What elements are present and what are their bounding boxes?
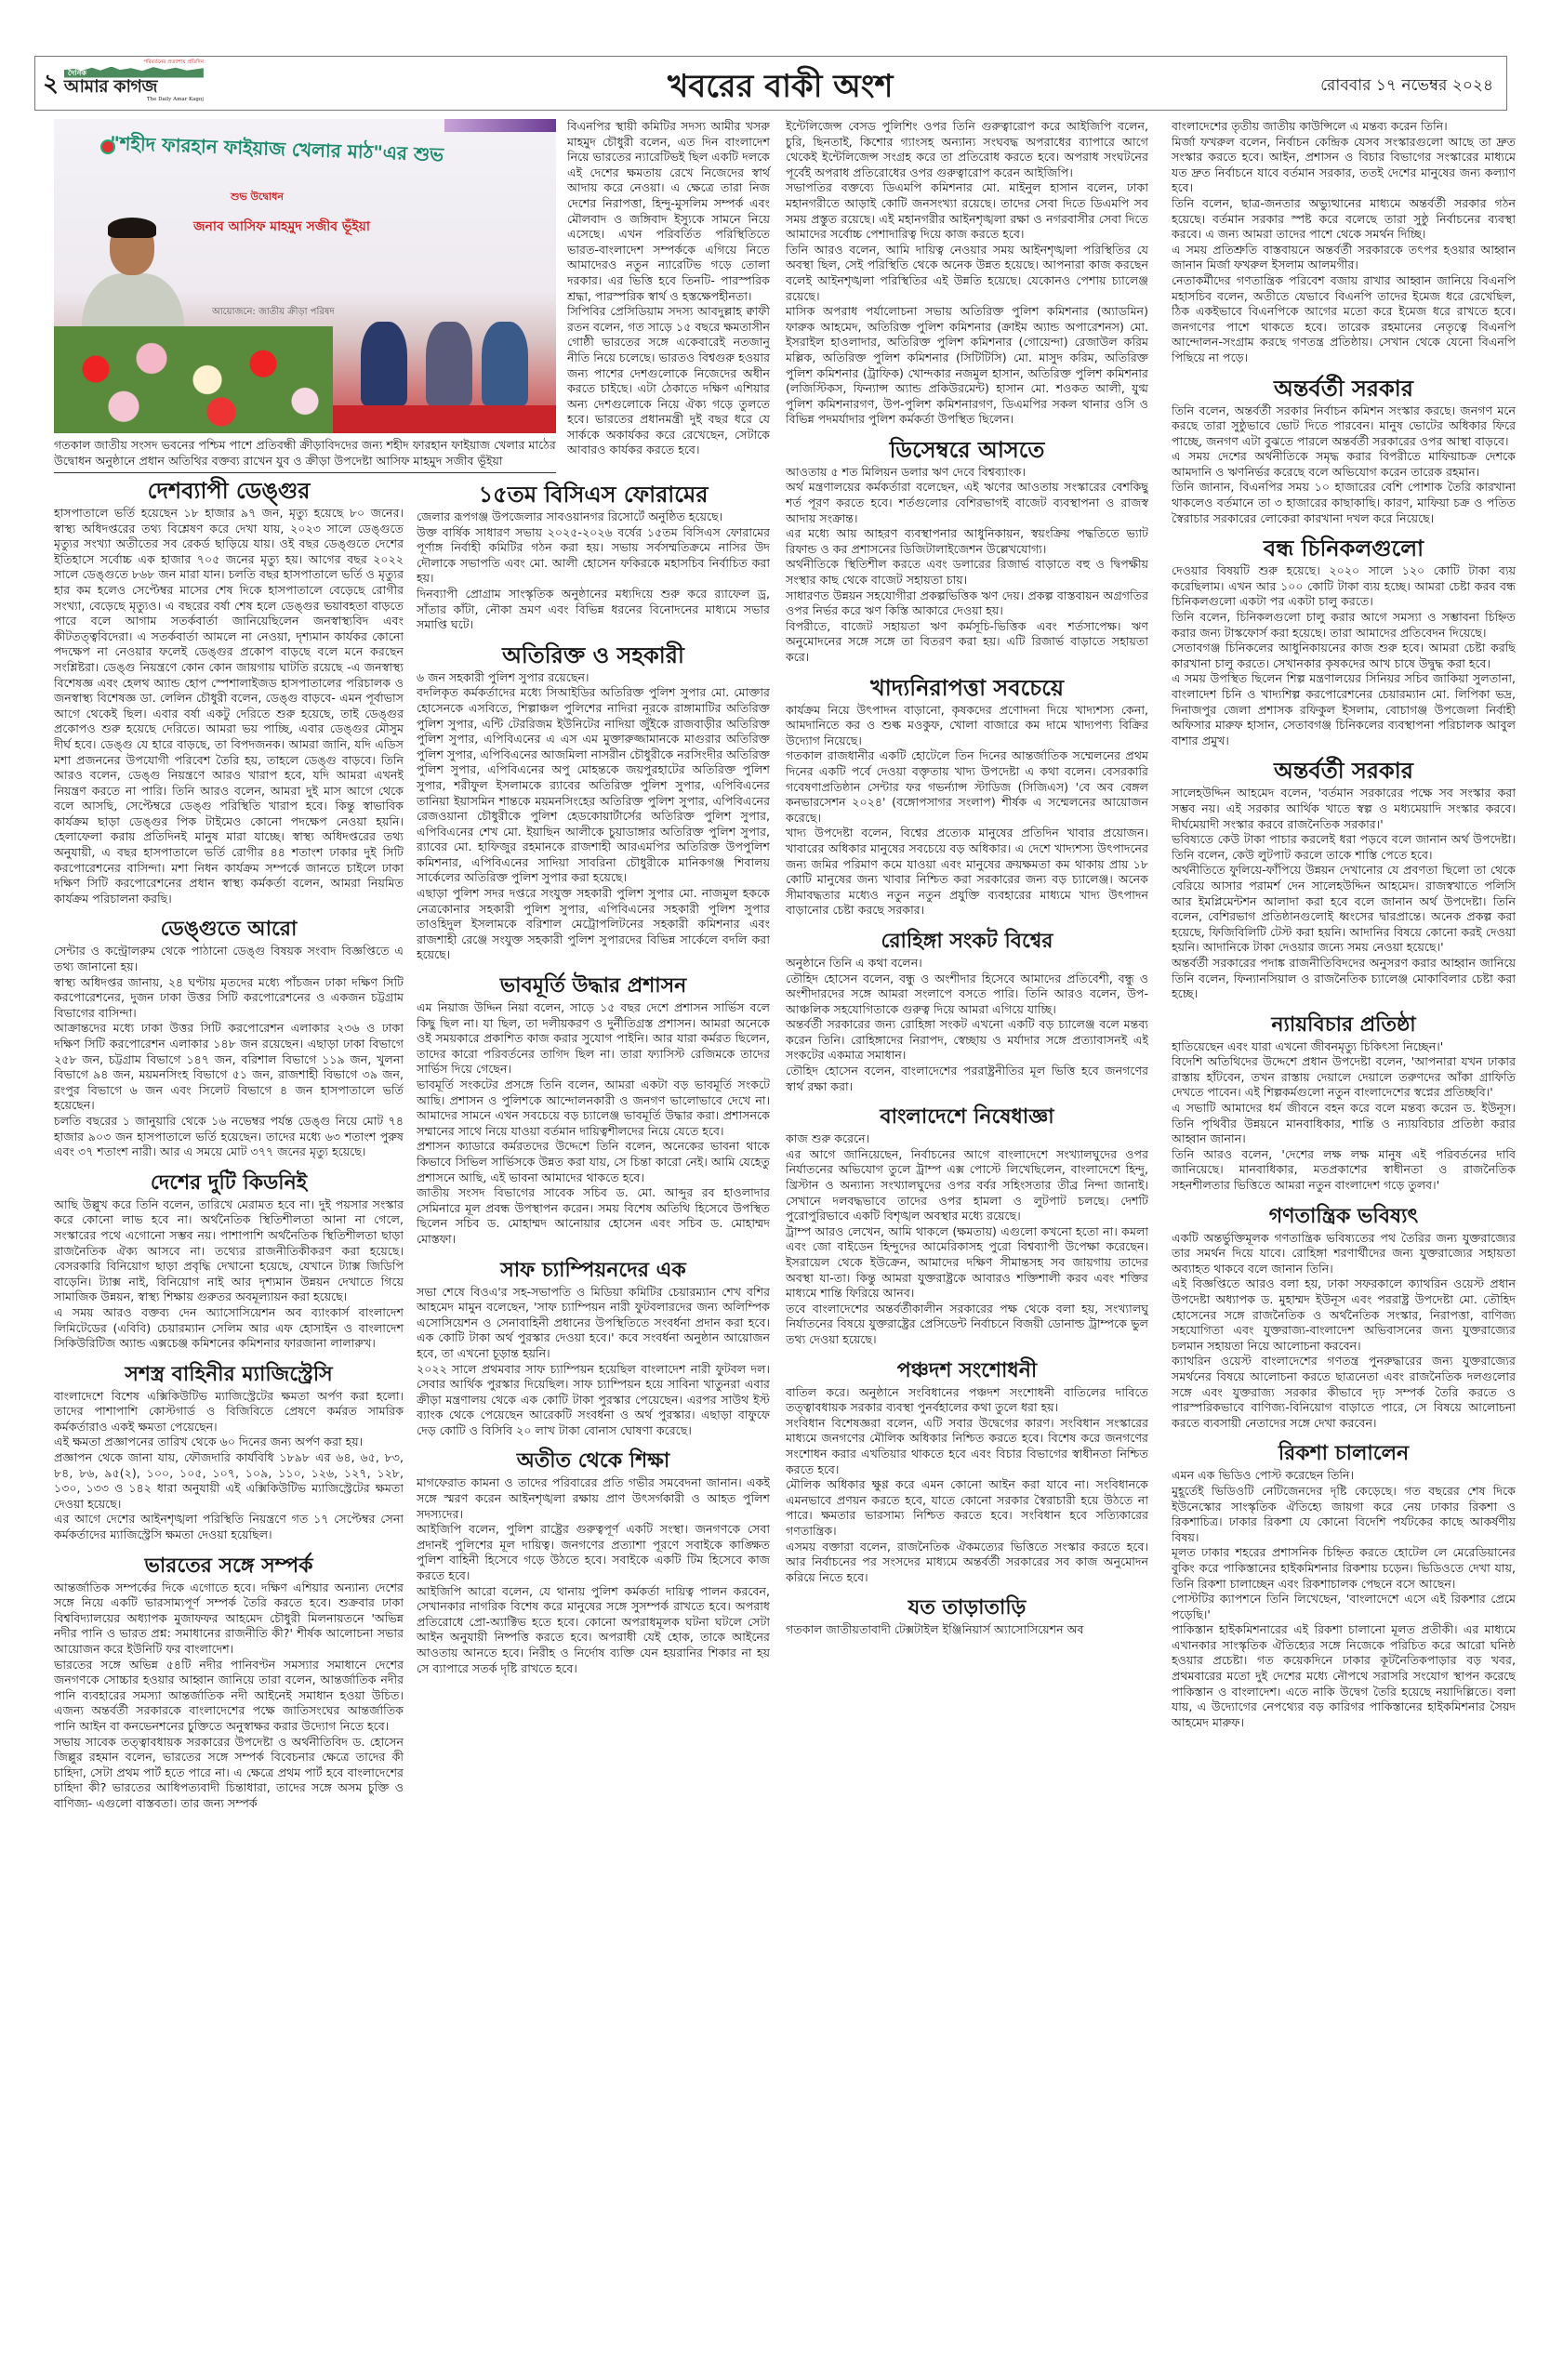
article-rickshaw: রিকশা চালালেন এমন এক ভিডিও পোস্ট করেছেন …: [1172, 1440, 1516, 1730]
column-2: ১৫তম বিসিএস ফোরামের জেলার রূপগঞ্জ উপজেলা…: [417, 472, 770, 2369]
paragraph: আছি উল্লুখ করে তিনি বলেন, তারিখে মেরামত …: [54, 1197, 404, 1305]
paragraph: কার্যক্রম নিয়ে উৎপাদন বাড়ানো, কৃষকদের …: [786, 703, 1148, 749]
article-how-soon: যত তাড়াতাড়ি গতকাল জাতীয়তাবাদী টেক্সটা…: [786, 1594, 1148, 1638]
article-interim-govt-1: অন্তর্বর্তী সরকার তিনি বলেন, অন্তর্বর্তী…: [1172, 376, 1516, 527]
article-ban-bangladesh: বাংলাদেশে নিষেধাজ্ঞা কাজ শুরু করেনে। এর …: [786, 1104, 1148, 1347]
article-two-kidneys: দেশের দুটি কিডনিই আছি উল্লুখ করে তিনি বল…: [54, 1170, 404, 1352]
headline[interactable]: পঞ্চদশ সংশোধনী: [786, 1357, 1148, 1383]
paragraph: সেতাবগঞ্জ চিনিকলের আধুনিকায়নের কাজ শুরু…: [1172, 641, 1516, 671]
paragraph: খাদ্য উপদেষ্টা বলেন, বিশ্বের প্রত্যেক মা…: [786, 826, 1148, 919]
logo-tagline: পরিবর্তনের প্রত্যাশায় প্রতিদিন: [143, 59, 204, 67]
paragraph: মাসিক অপরাধ পর্যালোচনা সভায় অতিরিক্ত পু…: [786, 304, 1148, 428]
paragraph: অনুষ্ঠানে তিনি এ কথা বলেন।: [786, 956, 1148, 972]
paragraph: এমন এক ভিডিও পোস্ট করেছেন তিনি।: [1172, 1468, 1516, 1484]
paragraph: আইজিপি বলেন, পুলিশ রাষ্ট্রের গুরুত্বপূর্…: [417, 1522, 770, 1583]
article-india-narrative: বিএনপির স্থায়ী কমিটির সদস্য আমীর খসরু ম…: [567, 119, 770, 458]
article-additional-assistant: অতিরিক্ত ও সহকারী ৬ জন সহকারী পুলিশ সুপা…: [417, 642, 770, 963]
paragraph: চলতি বছরের ১ জানুয়ারি থেকে ১৬ নভেম্বর প…: [54, 1114, 404, 1160]
paragraph: মুহূর্তেই ভিডিওটি নেটিজেনদের দৃষ্টি কেড়…: [1172, 1484, 1516, 1545]
paragraph: ২০২২ সালে প্রথমবার সাফ চ্যাম্পিয়ন হয়েছ…: [417, 1362, 770, 1439]
masthead: ২ দৈনিক পরিবর্তনের প্রত্যাশায় প্রতিদিন …: [34, 56, 1507, 111]
paragraph: মির্জা ফখরুল বলেন, নির্বাচন কেন্দ্রিক যে…: [1172, 135, 1516, 196]
paragraph: হাসপাতালে ভর্তি হয়েছেন ১৮ হাজার ৯৭ জন, …: [54, 506, 404, 906]
paragraph: ভাবমূর্তি সংকটের প্রসঙ্গে তিনি বলেন, আমর…: [417, 1078, 770, 1139]
headline[interactable]: ভারতের সঙ্গে সম্পর্ক: [54, 1553, 404, 1579]
headline[interactable]: বন্ধ চিনিকলগুলো: [1172, 535, 1516, 562]
paragraph: এ সময় দেশের অর্থনীতিকে সমৃদ্ধ করার বিপর…: [1172, 449, 1516, 480]
paragraph: এসময় বক্তারা বলেন, রাজনৈতিক ঐকমত্যের ভি…: [786, 1540, 1148, 1586]
paragraph: প্রজ্ঞাপন থেকে জানা যায়, ফৌজদারি কার্যব…: [54, 1450, 404, 1512]
paragraph: সেন্টার ও কন্ট্রোলরুম থেকে পাঠানো ডেঙ্গু…: [54, 944, 404, 974]
logo-name: আমার কাগজ: [64, 78, 157, 96]
paragraph: সভা শেষে বিওএ'র সহ-সভাপতি ও মিডিয়া কমিট…: [417, 1285, 770, 1362]
paragraph: তিনি জানান, বিএনপির সময় ১০ হাজারের বেশি…: [1172, 480, 1516, 526]
article-food-security: খাদ্যনিরাপত্তা সবচেয়ে কার্যক্রম নিয়ে উ…: [786, 675, 1148, 919]
headline[interactable]: রোহিঙ্গা সংকট বিশ্বের: [786, 928, 1148, 954]
paragraph: মাগফেরাত কামনা ও তাদের পরিবারের প্রতি গভ…: [417, 1475, 770, 1522]
paragraph: আন্তর্জাতিক সম্পর্কের দিকে এগোতে হবে। দক…: [54, 1580, 404, 1658]
headline[interactable]: সাফ চ্যাম্পিয়নদের এক: [417, 1257, 770, 1283]
paragraph: তিনি বলেন, চিনিকলগুলো চালু করার আগে সমস্…: [1172, 610, 1516, 641]
seated-guest: [482, 322, 528, 405]
banner-decoration: [444, 119, 556, 132]
paragraph: এই ক্ষমতা প্রজ্ঞাপনের তারিখ থেকে ৬০ দিনে…: [54, 1435, 404, 1450]
paragraph: তিনি আরও বলেন, আমি দায়িত্ব নেওয়ার সময়…: [786, 243, 1148, 304]
paragraph: ভবিষ্যতে কেউ টাকা পাচার করলেই ধরা পড়বে …: [1172, 832, 1516, 863]
paragraph: গতকাল রাজধানীর একটি হোটেলে তিন দিনের আন্…: [786, 748, 1148, 826]
paragraph: আওতায় ৫ শত মিলিয়ন ডলার ঋণ দেবে বিশ্বব্…: [786, 465, 1148, 481]
paragraph: গতকাল জাতীয়তাবাদী টেক্সটাইল ইঞ্জিনিয়ার…: [786, 1622, 1148, 1638]
paragraph: উক্ত বার্ষিক সাধারণ সভায় ২০২৫-২০২৬ বর্ষ…: [417, 525, 770, 587]
headline[interactable]: অতীত থেকে শিক্ষা: [417, 1448, 770, 1474]
paragraph: এর মধ্যে আয় আহরণ ব্যবস্থাপনার আধুনিকায়…: [786, 526, 1148, 557]
article-image-recovery: ভাবমূর্তি উদ্ধার প্রশাসন এম নিয়াজ উদ্দি…: [417, 972, 770, 1248]
paragraph: মূলত ঢাকার শহরের প্রশাসনিক চিহ্নিত করতে …: [1172, 1545, 1516, 1592]
paragraph: বাংলাদেশের তৃতীয় জাতীয় কাউন্সিলে এ মন্…: [1172, 119, 1516, 135]
paragraph: ভারতের সঙ্গে অভিন্ন ৫৪টি নদীর পানিবণ্টন …: [54, 1658, 404, 1735]
paragraph: মৌলিক অধিকার ক্ষুণ্ণ করে এমন কোনো আইন কর…: [786, 1477, 1148, 1539]
headline[interactable]: ভাবমূর্তি উদ্ধার প্রশাসন: [417, 972, 770, 998]
column-1: দেশব্যাপী ডেঙ্গুর হাসপাতালে ভর্তি হয়েছে…: [54, 119, 404, 2369]
article-interim-govt-2: অন্তর্বর্তী সরকার সালেহউদ্দিন আহমেদ বলেন…: [1172, 758, 1516, 1001]
paragraph: বিপরীতে, বাজেট সহায়তা ঋণ কর্মসূচি-ভিত্ত…: [786, 619, 1148, 666]
paragraph: জেলার রূপগঞ্জ উপজেলার সাবওয়ানগর রিসোর্ট…: [417, 509, 770, 525]
paragraph: তৌহিদ হোসেন বলেন, বন্ধু ও অংশীদার হিসেবে…: [786, 972, 1148, 1018]
page-number: ২: [43, 72, 59, 96]
masthead-left: ২ দৈনিক পরিবর্তনের প্রত্যাশায় প্রতিদিন …: [35, 63, 575, 104]
paragraph: জাতীয় সংসদ বিভাগের সাবেক সচিব ড. মো. আব…: [417, 1185, 770, 1247]
paragraph: বিদেশি অতিথিদের উদ্দেশে প্রধান উপদেষ্টা …: [1172, 1054, 1516, 1101]
column-3: ইন্টেলিজেন্স বেসড পুলিশিং ওপর তিনি গুরুত…: [786, 119, 1148, 2369]
article-democratic-future: গণতান্ত্রিক ভবিষ্যৎ একটি অন্তর্ভুক্তিমূল…: [1172, 1203, 1516, 1432]
article-december: ডিসেম্বরে আসতে আওতায় ৫ শত মিলিয়ন ডলার …: [786, 437, 1148, 666]
paragraph: দিনব্যাপী প্রোগ্রাম সাংস্কৃতিক অনুষ্ঠানে…: [417, 587, 770, 633]
paragraph: সংবিধান বিশেষজ্ঞরা বলেন, এটি সবার উদ্বেগ…: [786, 1416, 1148, 1477]
paragraph: এছাড়া পুলিশ সদর দপ্তরে সংযুক্ত সহকারী প…: [417, 886, 770, 963]
paragraph: বাংলাদেশে বিশেষ এক্সিকিউটিভ ম্যাজিস্ট্রে…: [54, 1389, 404, 1435]
paragraph: বাতিল করে। অনুষ্ঠানে সংবিধানের পঞ্চদশ সং…: [786, 1385, 1148, 1416]
paragraph: তিনি বলেন, অন্তর্বর্তী সরকার নির্বাচন কম…: [1172, 403, 1516, 450]
paragraph: একটি অন্তর্ভুক্তিমূলক গণতান্ত্রিক ভবিষ্য…: [1172, 1231, 1516, 1277]
article-bcs-forum: ১৫তম বিসিএস ফোরামের জেলার রূপগঞ্জ উপজেলা…: [417, 482, 770, 633]
headline[interactable]: অন্তর্বর্তী সরকার: [1172, 376, 1516, 402]
paragraph: তিনি বলেন, ছাত্র-জনতার অভ্যুত্থানের মাধ্…: [1172, 196, 1516, 243]
logo-english: The Daily Amar Kagoj: [147, 97, 204, 102]
issue-date: রোববার ১৭ নভেম্বর ২০২৪: [1320, 73, 1493, 99]
paragraph: অর্থনীতিকে স্থিতিশীল করতে এবং ডলারের রিজ…: [786, 557, 1148, 588]
paragraph: নেতাকর্মীদের গণতান্ত্রিক পরিবেশ বজায় রা…: [1172, 273, 1516, 366]
headline[interactable]: ন্যায়বিচার প্রতিষ্ঠা: [1172, 1011, 1516, 1038]
headline[interactable]: দেশব্যাপী ডেঙ্গুর: [54, 478, 404, 504]
paragraph: বদলিকৃত কর্মকর্তাদের মধ্যে সিআইডির অতিরি…: [417, 685, 770, 886]
paragraph: অর্থনীতিতে ফুলিয়ে-ফাঁপিয়ে উন্নয়ন দেখা…: [1172, 863, 1516, 956]
paragraph: আইজিপি আরো বলেন, যে থানায় পুলিশ কর্মকর্…: [417, 1584, 770, 1677]
paragraph: সিপিবির প্রেসিডিয়াম সদস্য আবদুল্লাহ ক্ব…: [567, 304, 770, 458]
paragraph: বিএনপির স্থায়ী কমিটির সদস্য আমীর খসরু ম…: [567, 119, 770, 304]
paragraph: প্রশাসন ক্যাডারে কর্মরতদের উদ্দেশে তিনি …: [417, 1139, 770, 1185]
paragraph: পাকিস্তান হাইকমিশনারের এই রিকশা চালানো ম…: [1172, 1622, 1516, 1730]
paragraph: তিনি আরও বলেন, 'দেশের লক্ষ লক্ষ মানুষ এই…: [1172, 1147, 1516, 1194]
paragraph: স্বাস্থ্য অধিদপ্তর জানায়, ২৪ ঘণ্টায় মৃ…: [54, 975, 404, 1022]
headline[interactable]: অন্তর্বর্তী সরকার: [1172, 758, 1516, 784]
section-title: খবরের বাকী অংশ: [668, 62, 894, 115]
article-fifteenth-amendment: পঞ্চদশ সংশোধনী বাতিল করে। অনুষ্ঠানে সংবি…: [786, 1357, 1148, 1586]
headline[interactable]: যত তাড়াতাড়ি: [786, 1594, 1148, 1620]
paragraph: সাধারণত উন্নয়ন সহযোগীরা প্রকল্পভিত্তিক …: [786, 588, 1148, 619]
paragraph: আক্রান্তদের মধ্যে ঢাকা উত্তর সিটি করপোরে…: [54, 1021, 404, 1114]
article-police-intelligence: ইন্টেলিজেন্স বেসড পুলিশিং ওপর তিনি গুরুত…: [786, 119, 1148, 428]
article-rohingya: রোহিঙ্গা সংকট বিশ্বের অনুষ্ঠানে তিনি এ ক…: [786, 928, 1148, 1094]
paragraph: এর আগে জানিয়েছেন, নির্বাচনের আগে বাংলাদ…: [786, 1147, 1148, 1224]
headline[interactable]: রিকশা চালালেন: [1172, 1440, 1516, 1466]
headline[interactable]: অতিরিক্ত ও সহকারী: [417, 642, 770, 668]
paragraph: সালেহউদ্দিন আহমেদ বলেন, 'বর্তমান সরকারের…: [1172, 786, 1516, 832]
paragraph: ইন্টেলিজেন্স বেসড পুলিশিং ওপর তিনি গুরুত…: [786, 119, 1148, 180]
headline[interactable]: গণতান্ত্রিক ভবিষ্যৎ: [1172, 1203, 1516, 1229]
column-4: বাংলাদেশের তৃতীয় জাতীয় কাউন্সিলে এ মন্…: [1172, 119, 1516, 2369]
paragraph: এম নিয়াজ উদ্দিন নিয়া বলেন, সাড়ে ১৫ বছ…: [417, 1000, 770, 1078]
article-dengue-more: ডেঙ্গুতে আরো সেন্টার ও কন্ট্রোলরুম থেকে …: [54, 916, 404, 1159]
paragraph: কাজ শুরু করেনে।: [786, 1131, 1148, 1147]
seated-guest: [426, 322, 472, 405]
headline[interactable]: সশস্ত্র বাহিনীর ম্যাজিস্ট্রেসি: [54, 1361, 404, 1387]
headline[interactable]: বাংলাদেশে নিষেধাজ্ঞা: [786, 1104, 1148, 1130]
newspaper-logo[interactable]: দৈনিক পরিবর্তনের প্রত্যাশায় প্রতিদিন আম…: [64, 63, 204, 104]
paragraph: ক্যাথরিন ওয়েস্ট বাংলাদেশের গণতন্ত্র পুন…: [1172, 1354, 1516, 1431]
paragraph: এ সভাটি আমাদের ধর্ম জীবনে বহন করে বলে মন…: [1172, 1101, 1516, 1147]
paragraph: ৬ জন সহকারী পুলিশ সুপার রয়েছেন।: [417, 670, 770, 686]
headline[interactable]: দেশের দুটি কিডনিই: [54, 1170, 404, 1196]
paragraph: তৌহিদ হোসেন বলেন, বাংলাদেশের পররাষ্ট্রনী…: [786, 1064, 1148, 1094]
headline[interactable]: খাদ্যনিরাপত্তা সবচেয়ে: [786, 675, 1148, 701]
paragraph: অর্থ মন্ত্রণালয়ের কর্মকর্তারা বলেছেন, এ…: [786, 480, 1148, 526]
article-india-relations: ভারতের সঙ্গে সম্পর্ক আন্তর্জাতিক সম্পর্ক…: [54, 1553, 404, 1812]
paragraph: এ সময় প্রতিশ্রুতি বাস্তবায়নে অন্তর্বর্…: [1172, 243, 1516, 273]
paragraph: পোস্টটির ক্যাপশনে তিনি লিখেছেন, 'বাংলাদে…: [1172, 1592, 1516, 1622]
article-saff-champions: সাফ চ্যাম্পিয়নদের এক সভা শেষে বিওএ'র সহ…: [417, 1257, 770, 1439]
paragraph: সভাপতির বক্তব্যে ডিএমপি কমিশনার মো. মাইন…: [786, 180, 1148, 242]
paragraph: অন্তর্বর্তী সরকারের জন্য রোহিঙ্গা সংকট এ…: [786, 1017, 1148, 1064]
paragraph: এই বিজ্ঞপ্তিতে আরও বলা হয়, ঢাকা সফরকালে…: [1172, 1276, 1516, 1354]
headline[interactable]: ডেঙ্গুতে আরো: [54, 916, 404, 942]
paragraph: হাতিয়েছেন এবং যারা এখনো জীবনমৃত্যু চিকি…: [1172, 1039, 1516, 1055]
headline[interactable]: ডিসেম্বরে আসতে: [786, 437, 1148, 463]
paragraph: তবে বাংলাদেশের অন্তর্বর্তীকালীন সরকারের …: [786, 1302, 1148, 1348]
paragraph: এর আগে দেশের আইনশৃঙ্খলা পরিস্থিতি নিয়ন্…: [54, 1512, 404, 1542]
article-dengue: দেশব্যাপী ডেঙ্গুর হাসপাতালে ভর্তি হয়েছে…: [54, 478, 404, 906]
paragraph: এ সময় আরও বক্তব্য দেন অ্যাসোসিয়েশন অব …: [54, 1305, 404, 1352]
paragraph: সভায় সাবেক তত্ত্বাবধায়ক সরকারের উপদেষ্…: [54, 1735, 404, 1812]
paragraph: ট্রাম্প আরও লেখেন, আমি থাকলে (ক্ষমতায়) …: [786, 1224, 1148, 1302]
paragraph: এ সময় উপস্থিত ছিলেন শিল্প মন্ত্রণালয়ের…: [1172, 671, 1516, 748]
article-armed-forces: সশস্ত্র বাহিনীর ম্যাজিস্ট্রেসি বাংলাদেশে…: [54, 1361, 404, 1543]
headline[interactable]: ১৫তম বিসিএস ফোরামের: [417, 482, 770, 508]
article-sugar-mills: বন্ধ চিনিকলগুলো দেওয়ার বিষয়টি শুরু হয়…: [1172, 535, 1516, 748]
paragraph: দেওয়ার বিষয়টি শুরু হয়েছে। ২০২০ সালে ১…: [1172, 563, 1516, 610]
article-bnp-council: বাংলাদেশের তৃতীয় জাতীয় কাউন্সিলে এ মন্…: [1172, 119, 1516, 366]
paragraph: অন্তর্বর্তী সরকারের পদাঙ্ক রাজনীতিবিদদের…: [1172, 956, 1516, 1002]
article-lessons-past: অতীত থেকে শিক্ষা মাগফেরাত কামনা ও তাদের …: [417, 1448, 770, 1676]
article-justice: ন্যায়বিচার প্রতিষ্ঠা হাতিয়েছেন এবং যার…: [1172, 1011, 1516, 1194]
